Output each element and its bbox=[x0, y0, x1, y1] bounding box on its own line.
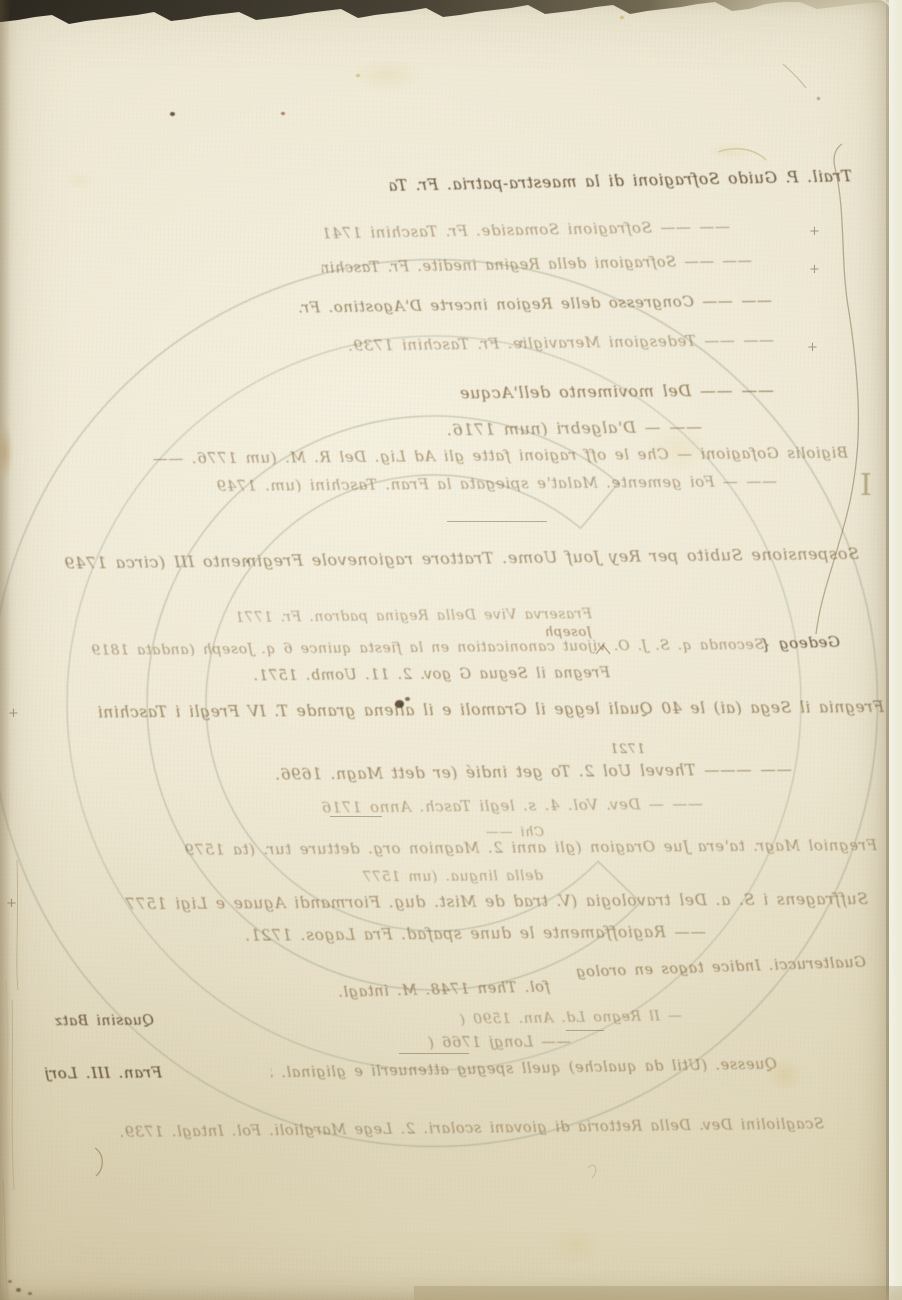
manuscript-line: 1721 bbox=[605, 742, 645, 761]
paper-stain bbox=[60, 168, 100, 194]
paper-stain bbox=[700, 138, 760, 164]
paper-stain bbox=[540, 1218, 612, 1270]
ink-underline bbox=[447, 521, 547, 522]
plus-mark: + bbox=[8, 706, 19, 721]
plus-mark: + bbox=[809, 224, 820, 239]
ink-speck bbox=[817, 97, 820, 100]
plus-mark: + bbox=[6, 896, 17, 911]
manuscript-line: Fran. III. Lorj bbox=[28, 1063, 162, 1086]
paper-stain bbox=[630, 414, 725, 484]
plus-mark: + bbox=[807, 340, 818, 355]
plus-mark: + bbox=[809, 262, 820, 277]
manuscript-line: Fregna il Segua G gov. 2. 11. Uomb. 1571… bbox=[200, 665, 610, 690]
ink-speck bbox=[246, 560, 249, 563]
manuscript-line: Quasini Batz. bbox=[54, 1013, 154, 1034]
manuscript-line: Gedeog { bbox=[760, 633, 841, 658]
scan-background-strip bbox=[889, 0, 902, 1300]
bottom-scan-strip bbox=[414, 1286, 902, 1300]
paper-stain bbox=[760, 1052, 810, 1098]
ink-speck bbox=[520, 340, 523, 343]
ink-speck bbox=[395, 700, 404, 708]
ink-underline bbox=[399, 1053, 469, 1054]
ink-underline bbox=[566, 1030, 604, 1031]
manuscript-line: —— —— Del movimento dell'Acque bbox=[436, 380, 774, 407]
manuscript-line: —— Ragioffamente le dune spafad. Fra Lag… bbox=[180, 923, 706, 950]
manuscript-scan: Trail. P. Guido Sofragioni di la maestra… bbox=[0, 0, 902, 1300]
folio-numeral: I bbox=[860, 468, 872, 503]
ink-underline bbox=[330, 816, 382, 817]
paper-stain bbox=[340, 52, 435, 98]
manuscript-line: della lingua. (um 1577 bbox=[271, 868, 543, 890]
left-deckle-edge bbox=[0, 0, 11, 1300]
